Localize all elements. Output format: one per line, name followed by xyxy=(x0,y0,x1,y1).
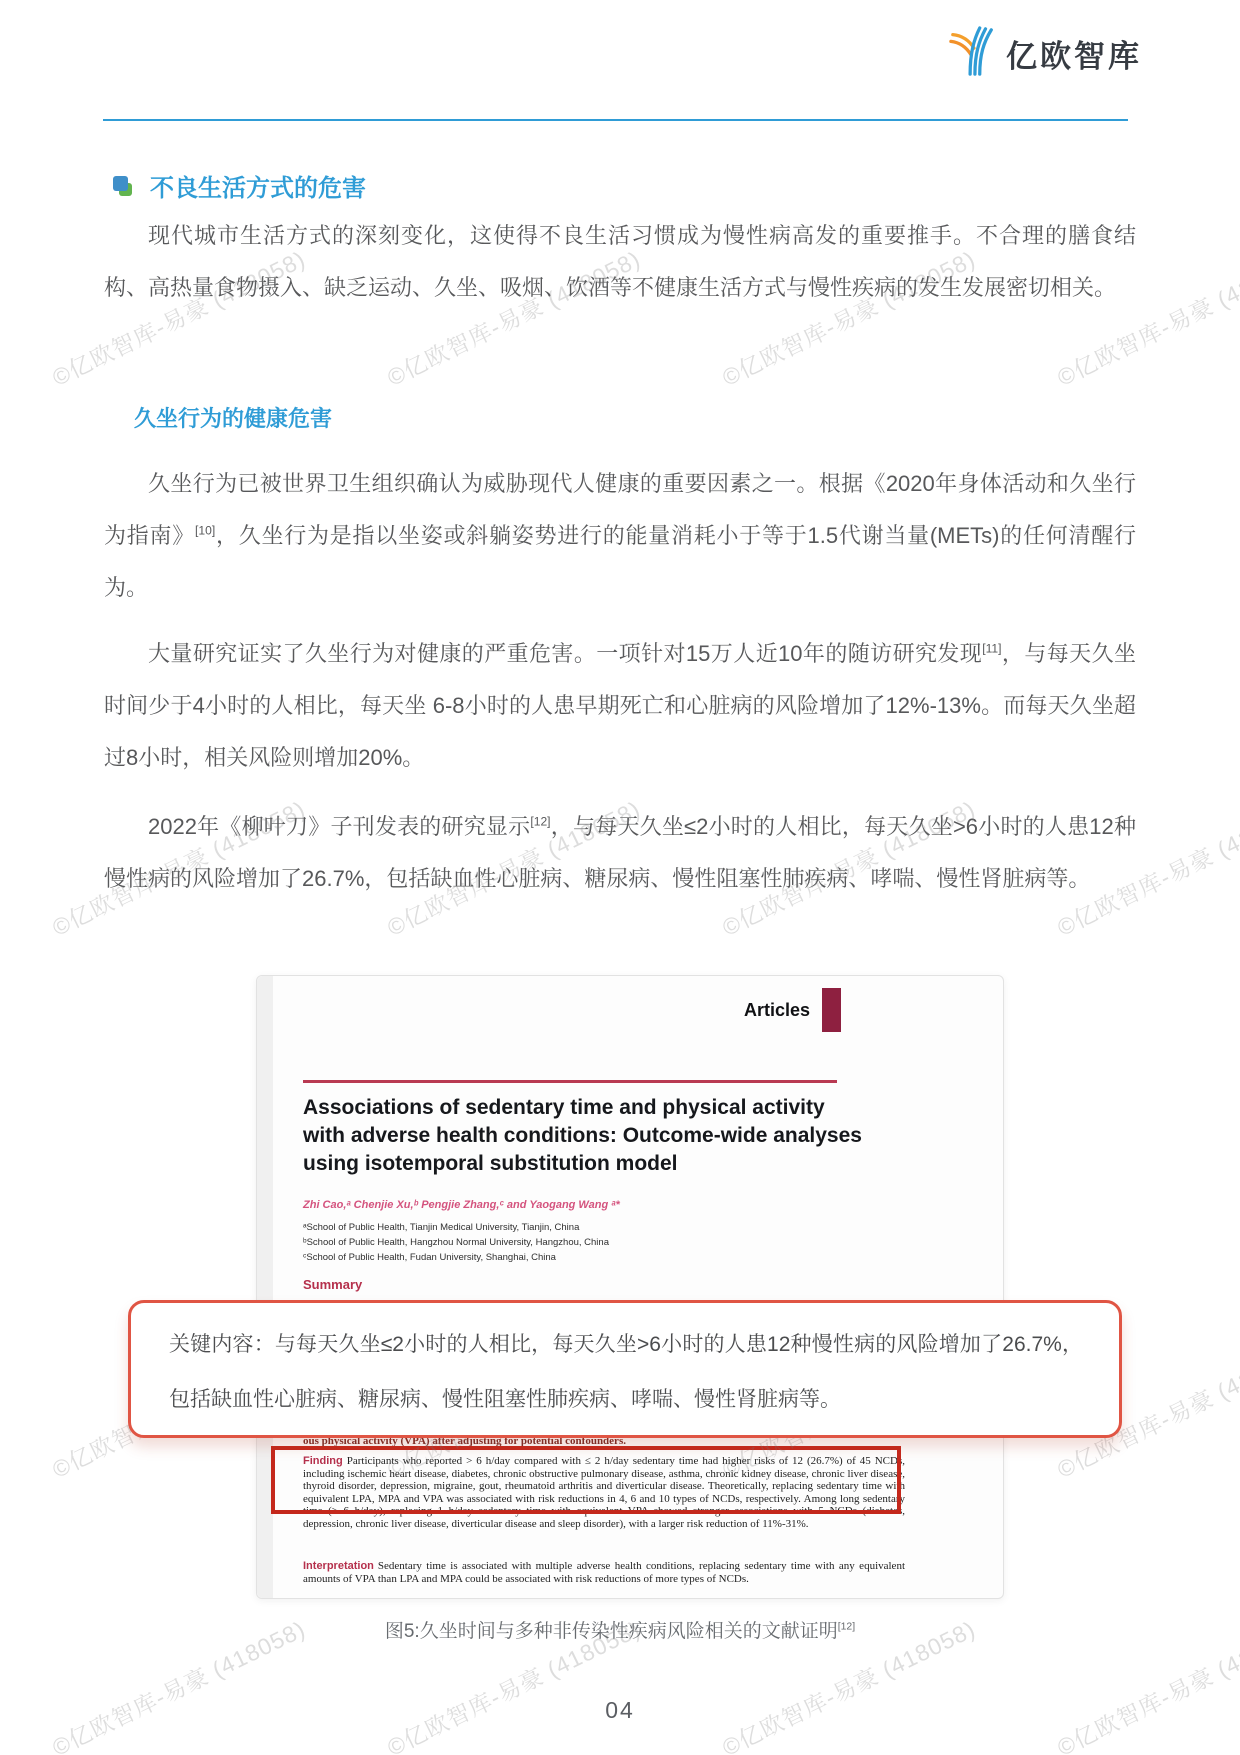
paragraph-2-text-cont: ，久坐行为是指以坐姿或斜躺姿势进行的能量消耗小于等于1.5代谢当量(METs)的… xyxy=(104,523,1136,600)
report-page: ©亿欧智库-易豪 (418058)©亿欧智库-易豪 (418058)©亿欧智库-… xyxy=(0,0,1240,1755)
paper-authors: Zhi Cao,ᵃ Chenjie Xu,ᵇ Pengjie Zhang,ᶜ a… xyxy=(303,1199,620,1211)
citation-ref-11: [11] xyxy=(982,642,1001,656)
citation-ref-12: [12] xyxy=(530,815,550,829)
paper-affiliations: ᵃSchool of Public Health, Tianjin Medica… xyxy=(303,1220,609,1265)
citation-ref-10: [10] xyxy=(195,524,215,538)
paper-articles-label: Articles xyxy=(744,1000,810,1021)
paper-interpretation-text: Sedentary time is associated with multip… xyxy=(303,1560,905,1585)
page-number: 04 xyxy=(0,1697,1240,1724)
paper-finding-section: FindingParticipants who reported > 6 h/d… xyxy=(303,1455,905,1530)
brand-logo-icon xyxy=(948,26,998,81)
paper-affiliation-2: ᵇSchool of Public Health, Hangzhou Norma… xyxy=(303,1235,609,1250)
paper-affiliation-1: ᵃSchool of Public Health, Tianjin Medica… xyxy=(303,1220,609,1235)
key-content-callout: 关键内容：与每天久坐≤2小时的人相比，每天久坐>6小时的人患12种慢性病的风险增… xyxy=(128,1300,1122,1438)
paper-screenshot-figure: Articles Associations of sedentary time … xyxy=(256,975,1004,1599)
paper-title-rule xyxy=(303,1080,837,1083)
paper-title: Associations of sedentary time and physi… xyxy=(303,1094,863,1178)
section-title: 不良生活方式的危害 xyxy=(150,168,366,203)
brand-logo-text: 亿欧智库 xyxy=(1006,31,1142,76)
paper-finding-text: Participants who reported > 6 h/day comp… xyxy=(303,1455,905,1530)
paper-interpretation-section: InterpretationSedentary time is associat… xyxy=(303,1560,905,1585)
paper-interpretation-label: Interpretation xyxy=(303,1560,374,1572)
paragraph-3-text: 大量研究证实了久坐行为对健康的严重危害。一项针对15万人近10年的随访研究发现 xyxy=(148,641,982,666)
key-content-text: 关键内容：与每天久坐≤2小时的人相比，每天久坐>6小时的人患12种慢性病的风险增… xyxy=(131,1303,1119,1427)
section-heading: 不良生活方式的危害 xyxy=(113,168,366,203)
paragraph-4-text: 2022年《柳叶刀》子刊发表的研究显示 xyxy=(148,814,530,839)
paper-summary-label: Summary xyxy=(303,1277,362,1292)
figure-caption: 图5:久坐时间与多种非传染性疾病风险相关的文献证明[12] xyxy=(0,1616,1240,1643)
paper-articles-header: Articles xyxy=(744,988,841,1032)
section-bullet-icon xyxy=(113,176,133,196)
paragraph-3: 大量研究证实了久坐行为对健康的严重危害。一项针对15万人近10年的随访研究发现[… xyxy=(104,628,1136,784)
paper-articles-bar xyxy=(822,988,841,1032)
figure-caption-ref: [12] xyxy=(838,1622,855,1633)
paragraph-2: 久坐行为已被世界卫生组织确认为威胁现代人健康的重要因素之一。根据《2020年身体… xyxy=(104,458,1136,614)
header-divider xyxy=(103,119,1128,121)
paper-finding-label: Finding xyxy=(303,1455,343,1467)
paragraph-4: 2022年《柳叶刀》子刊发表的研究显示[12]，与每天久坐≤2小时的人相比，每天… xyxy=(104,801,1136,905)
paragraph-1: 现代城市生活方式的深刻变化，这使得不良生活习惯成为慢性病高发的重要推手。不合理的… xyxy=(104,210,1136,314)
paper-page-edge xyxy=(257,976,273,1598)
subsection-title: 久坐行为的健康危害 xyxy=(104,402,332,433)
figure-caption-text: 图5:久坐时间与多种非传染性疾病风险相关的文献证明 xyxy=(385,1621,838,1642)
paper-affiliation-3: ᶜSchool of Public Health, Fudan Universi… xyxy=(303,1250,609,1265)
brand-logo: 亿欧智库 xyxy=(948,26,1142,81)
